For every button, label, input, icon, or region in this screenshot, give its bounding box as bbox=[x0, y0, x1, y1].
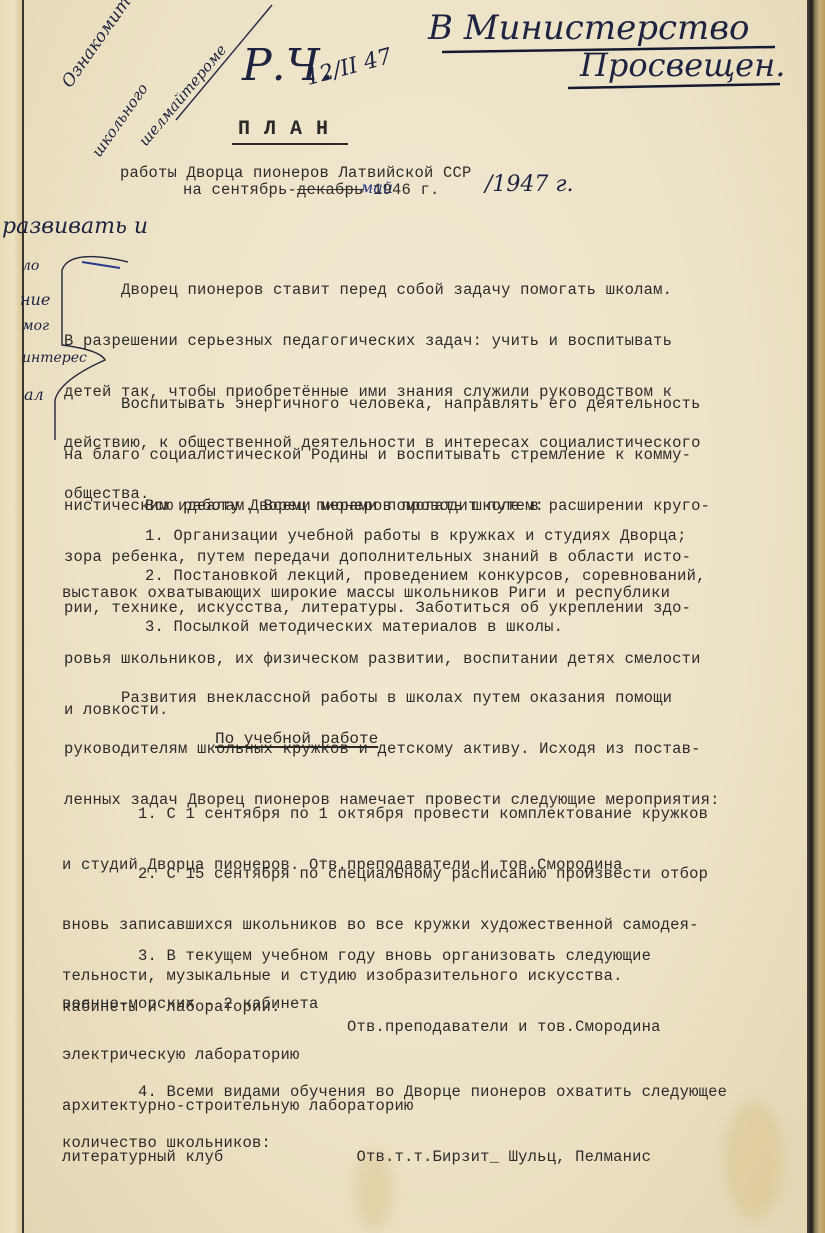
margin-note-1: развивать и bbox=[2, 214, 148, 239]
text-line: количество школьников: bbox=[62, 1135, 727, 1152]
text-line: Развития внеклассной работы в школах пут… bbox=[64, 690, 720, 707]
text-line: 4. Всеми видами обучения во Дворце пионе… bbox=[62, 1084, 727, 1101]
method-1: 1. Организации учебной работы в кружках … bbox=[88, 528, 687, 545]
subtitle-line2: на сентябрь-декабрь 1946 г. bbox=[183, 182, 440, 199]
document-title: ПЛАН bbox=[232, 118, 348, 145]
text-line: 2. С 15 сентября по специальному расписа… bbox=[62, 866, 708, 883]
annotation-recipient-line1: В Министерство bbox=[428, 8, 750, 48]
text-line: 1. С 1 сентября по 1 октября провести ко… bbox=[62, 806, 708, 823]
margin-note-6: ал bbox=[24, 385, 44, 404]
text-line: на благо социалистической Родины и воспи… bbox=[64, 447, 710, 464]
paper-stain bbox=[724, 1100, 784, 1220]
section-heading: По учебной работе bbox=[215, 730, 378, 748]
list-item: военно-морских - 2 кабинета bbox=[62, 996, 651, 1013]
methods-intro: Всю работу Дворец пионеров проводит путе… bbox=[88, 498, 544, 515]
method-2-cont: выставок охватывающих широкие массы школ… bbox=[62, 585, 670, 602]
text-line: рии, технике, искусства, литературы. Заб… bbox=[64, 600, 710, 617]
subtitle-prefix: на сентябрь- bbox=[183, 181, 297, 199]
year-correction: /1947 г. bbox=[485, 172, 574, 197]
text-line: Дворец пионеров ставит перед собой задач… bbox=[64, 282, 701, 299]
margin-note-2: ло bbox=[22, 258, 39, 274]
text-line: руководителям школьных кружков и детском… bbox=[64, 741, 720, 758]
text-line: В разрешении серьезных педагогических за… bbox=[64, 333, 701, 350]
subtitle-year: 1946 г. bbox=[364, 181, 440, 199]
struck-month: декабрь bbox=[297, 181, 364, 199]
item-4: 4. Всеми видами обучения во Дворце пионе… bbox=[62, 1050, 727, 1169]
subtitle-line1: работы Дворца пионеров Латвийской ССР bbox=[120, 165, 472, 182]
margin-note-3: ние bbox=[20, 290, 50, 309]
method-2: 2. Постановкой лекций, проведением конку… bbox=[88, 568, 706, 585]
margin-note-4: мог bbox=[22, 318, 49, 334]
method-3: 3. Посылкой методических материалов в шк… bbox=[88, 619, 563, 636]
text-line: Воспитывать энергичного человека, направ… bbox=[64, 396, 710, 413]
annotation-recipient-line2: Просвещен. bbox=[580, 46, 785, 84]
text-line: зора ребенка, путем передачи дополнитель… bbox=[64, 549, 710, 566]
